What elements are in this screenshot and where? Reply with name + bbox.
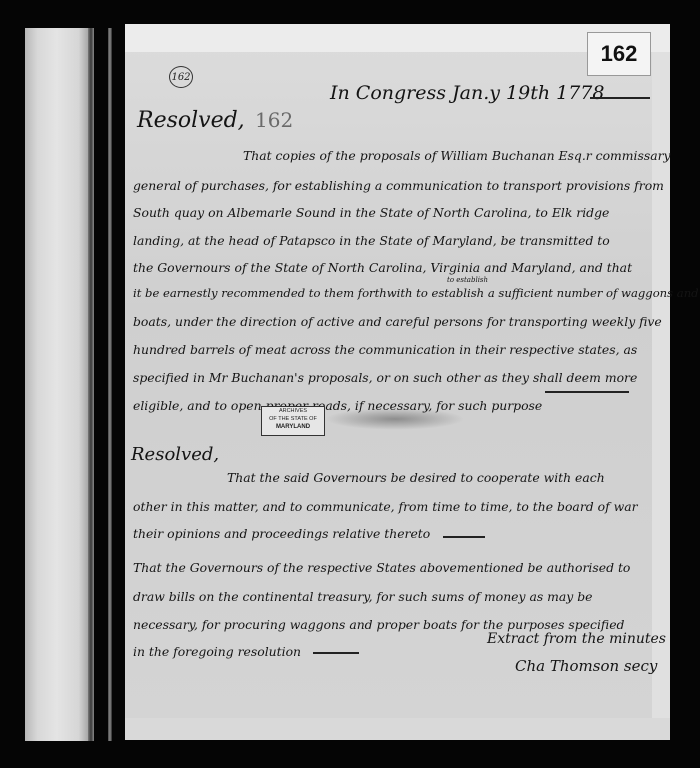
text-line: other in this matter, and to communicate…	[133, 499, 638, 514]
text-line: That copies of the proposals of William …	[243, 148, 671, 163]
text-line: their opinions and proceedings relative …	[133, 526, 430, 541]
line-end-flourish	[443, 536, 485, 538]
adjacent-page-strip	[25, 28, 88, 741]
line-end-flourish	[313, 652, 359, 654]
text-line: necessary, for procuring waggons and pro…	[133, 617, 624, 632]
text-line: South quay on Albemarle Sound in the Sta…	[133, 205, 609, 220]
document-heading: In Congress Jan.y 19th 1778	[330, 82, 604, 104]
interlineation: to establish	[447, 276, 488, 284]
text-line: hundred barrels of meat across the commu…	[133, 342, 637, 357]
text-line: landing, at the head of Patapsco in the …	[133, 233, 610, 248]
binding-edge-secondary	[108, 28, 112, 741]
binding-edge	[88, 28, 94, 741]
pencil-folio-number: 162	[255, 108, 293, 132]
resolved-label-1: Resolved,	[137, 108, 245, 133]
film-edge-marks	[688, 470, 696, 760]
text-line: it be earnestly recommended to them fort…	[133, 286, 699, 300]
heading-flourish	[590, 97, 650, 99]
text-line: general of purchases, for establishing a…	[133, 178, 664, 193]
text-line: draw bills on the continental treasury, …	[133, 589, 592, 604]
signature: Cha Thomson secy	[515, 657, 657, 675]
attestation-text: Extract from the minutes	[487, 631, 666, 647]
line-end-flourish	[545, 391, 629, 393]
text-line: That the Governours of the respective St…	[133, 560, 630, 575]
text-line: specified in Mr Buchanan's proposals, or…	[133, 370, 637, 385]
text-line: in the foregoing resolution	[133, 644, 301, 659]
circled-folio-number: 162	[169, 66, 193, 88]
stamp-line: ARCHIVES	[262, 407, 324, 415]
stamp-line: MARYLAND	[262, 423, 324, 431]
page-bottom-band	[125, 718, 670, 740]
page-number-label: 162	[587, 32, 651, 76]
manuscript-page: 162 162 In Congress Jan.y 19th 1778 Reso…	[125, 24, 670, 740]
text-line: boats, under the direction of active and…	[133, 314, 662, 329]
stamp-line: OF THE STATE OF	[262, 415, 324, 423]
archives-stamp: ARCHIVES OF THE STATE OF MARYLAND	[261, 406, 325, 436]
text-line: That the said Governours be desired to c…	[227, 470, 605, 485]
text-line: the Governours of the State of North Car…	[133, 260, 632, 275]
ink-smudge	[325, 408, 465, 430]
resolved-label-2: Resolved,	[131, 444, 219, 465]
